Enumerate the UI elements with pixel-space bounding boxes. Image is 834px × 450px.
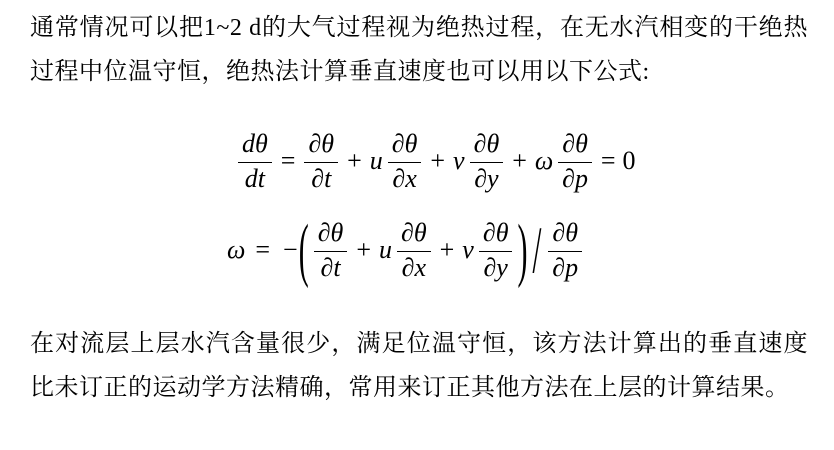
- left-parenthesis: (: [299, 212, 309, 290]
- fraction-dtheta-dy: ∂θ ∂y: [470, 130, 504, 193]
- right-parenthesis: ): [517, 212, 527, 290]
- fraction-dtheta-dt-partial: ∂θ ∂t: [304, 130, 338, 193]
- coefficient-v: v: [453, 147, 465, 176]
- fraction-dtheta-dx: ∂θ ∂x: [397, 219, 431, 282]
- denominator: ∂p: [552, 252, 578, 283]
- coefficient-u: u: [379, 236, 392, 265]
- numerator: ∂θ: [397, 219, 431, 252]
- denominator: ∂t: [320, 252, 340, 283]
- coefficient-u: u: [370, 147, 383, 176]
- zero-value: 0: [623, 147, 636, 176]
- denominator: ∂y: [483, 252, 507, 283]
- conclusion-paragraph: 在对流层上层水汽含量很少，满足位温守恒，该方法计算出的垂直速度比未订正的运动学方…: [30, 322, 808, 410]
- plus-sign: +: [512, 147, 527, 176]
- numerator: ∂θ: [388, 130, 422, 163]
- numerator: ∂θ: [548, 219, 582, 252]
- minus-sign: −: [283, 236, 298, 265]
- omega-symbol: ω: [227, 236, 245, 265]
- numerator: ∂θ: [558, 130, 592, 163]
- denominator: ∂x: [402, 252, 426, 283]
- numerator: ∂θ: [470, 130, 504, 163]
- division-slash: /: [532, 214, 541, 288]
- plus-sign: +: [430, 147, 445, 176]
- plus-sign: +: [356, 236, 371, 265]
- denominator: ∂x: [392, 163, 416, 194]
- fraction-dtheta-dt: dθ dt: [238, 130, 272, 193]
- equals-sign: =: [601, 147, 616, 176]
- numerator: ∂θ: [479, 219, 513, 252]
- numerator: ∂θ: [314, 219, 348, 252]
- fraction-dtheta-dy: ∂θ ∂y: [479, 219, 513, 282]
- denominator: ∂t: [311, 163, 331, 194]
- fraction-dtheta-dp: ∂θ ∂p: [548, 219, 582, 282]
- equals-sign: =: [255, 236, 270, 265]
- coefficient-omega: ω: [535, 147, 553, 176]
- fraction-dtheta-dx: ∂θ ∂x: [388, 130, 422, 193]
- equation-block: dθ dt = ∂θ ∂t + u ∂θ ∂x + v ∂θ ∂y + ω: [30, 130, 808, 282]
- equation-theta-conservation: dθ dt = ∂θ ∂t + u ∂θ ∂x + v ∂θ ∂y + ω: [236, 130, 808, 193]
- intro-paragraph: 通常情况可以把1~2 d的大气过程视为绝热过程，在无水汽相变的干绝热过程中位温守…: [30, 6, 808, 94]
- plus-sign: +: [440, 236, 455, 265]
- numerator: ∂θ: [304, 130, 338, 163]
- equation-omega-solution: ω = − ( ∂θ ∂t + u ∂θ ∂x + v ∂θ ∂y ) / ∂θ: [226, 219, 808, 282]
- denominator: dt: [245, 163, 265, 194]
- plus-sign: +: [347, 147, 362, 176]
- denominator: ∂p: [562, 163, 588, 194]
- denominator: ∂y: [474, 163, 498, 194]
- numerator: dθ: [238, 130, 272, 163]
- document-page: 通常情况可以把1~2 d的大气过程视为绝热过程，在无水汽相变的干绝热过程中位温守…: [0, 0, 834, 450]
- fraction-dtheta-dp: ∂θ ∂p: [558, 130, 592, 193]
- coefficient-v: v: [462, 236, 474, 265]
- fraction-dtheta-dt-partial: ∂θ ∂t: [314, 219, 348, 282]
- equals-sign: =: [281, 147, 296, 176]
